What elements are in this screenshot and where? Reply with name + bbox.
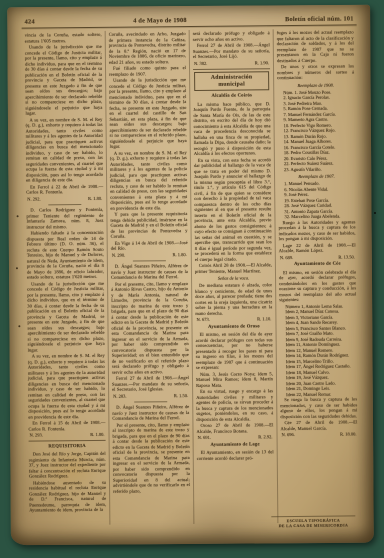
ref-line: N. 290.R. 1.80. bbox=[112, 252, 187, 258]
paragraph: En Ferrol á 22 de Abril de 1908.—Carlos … bbox=[26, 183, 103, 195]
paragraph: Ruego á las Autoridades y agentes proced… bbox=[278, 219, 355, 242]
imprint-line: DE LA CASA DE MISERICORDIA bbox=[271, 523, 355, 529]
paragraph: Ferrol 27 de Abril de 1908.—Ángel Suanze… bbox=[193, 42, 270, 59]
paragraph-continuation: Coruña, avecindado en Arbo, Juzgado de p… bbox=[109, 31, 186, 65]
paragraph: Por el presente, cito, llamo y emplazo á… bbox=[111, 281, 189, 375]
page-content: 424 4 de Mayo de 1908 Boletín oficial nú… bbox=[22, 13, 362, 534]
paragraph-continuation: será declarado prófugo y obligado á serv… bbox=[193, 30, 270, 42]
paragraph: El mismo, en sesión celebrada el día de … bbox=[279, 269, 356, 303]
column-1: vincia de la Coruña, estado soltero, est… bbox=[22, 31, 110, 526]
paragraph: En su vista, con esta fecha se acordó da… bbox=[194, 157, 272, 262]
paragraph: La misma hace público, que D. Joaquín Pa… bbox=[193, 101, 271, 157]
paragraph: En Vigo á 14 de Abril de 1908.—José del … bbox=[111, 240, 188, 252]
notice-number: N. 292. bbox=[27, 196, 40, 202]
notice-number: N. 293. bbox=[30, 432, 43, 438]
paragraph: Usando de la jurisdicción que me concede… bbox=[27, 280, 105, 352]
paragraph: A su vez, en nombre de S. M. el Rey (q. … bbox=[28, 353, 106, 420]
ref-line: N. 696.R. 18.00. bbox=[282, 431, 357, 437]
paragraph: Don José del Río y Jorge, Capitán del re… bbox=[29, 451, 106, 479]
subheading-italic: Reemplazo de 1907. bbox=[278, 173, 355, 180]
column-2: Coruña, avecindado en Arbo, Juzgado de p… bbox=[105, 30, 194, 525]
heading: Ayuntamiento de Lage bbox=[197, 442, 274, 449]
paragraph: En su virtud, ruego y encargo á las Auto… bbox=[196, 388, 273, 422]
notice-number: N. 696. bbox=[282, 432, 295, 438]
subheading-italic: Señas de la vaca. bbox=[195, 275, 272, 282]
notice-number: N. 691. bbox=[198, 435, 211, 441]
page-number: 424 bbox=[25, 18, 35, 25]
notice-fee: R. 1.80. bbox=[88, 195, 102, 201]
paragraph: D. Ángel Suanzes Piñeiro, Alférez de nav… bbox=[112, 404, 189, 421]
column-4: fugos á los mozos del actual reemplazo q… bbox=[273, 28, 362, 523]
newspaper-page: 424 4 de Mayo de 1908 Boletín oficial nú… bbox=[7, 5, 374, 546]
subheading-italic: Reemplazo de 1908. bbox=[277, 82, 354, 89]
list-line: Idem 17, Ángel Rodríguez Castaño. bbox=[280, 363, 357, 369]
paragraph: Lage 22 de Abril de 1908.—El Alcalde, Ra… bbox=[279, 242, 356, 254]
notice-fee: R. 1.90. bbox=[255, 60, 269, 66]
heading: Ayuntamiento de Cée bbox=[279, 261, 356, 268]
dust-speck bbox=[374, 212, 376, 214]
section-divider bbox=[193, 68, 270, 70]
ink-fleck bbox=[18, 325, 20, 327]
paragraph: A su vez, en nombre de S. M. el Rey (q. … bbox=[25, 116, 103, 183]
notice-number: N. 290. bbox=[112, 252, 125, 258]
notice-divider bbox=[49, 204, 81, 205]
ref-line: N. 689.R. 13.50. bbox=[280, 254, 355, 260]
heading: REQUISITORIA bbox=[29, 443, 106, 450]
ref-line: N. 382.R. 1.90. bbox=[194, 60, 269, 66]
paragraph: El mismo, en sesión del día de ayer acor… bbox=[196, 331, 273, 370]
paragraph: De unos y otros se expresan los nombres … bbox=[277, 63, 354, 80]
ref-line: N. 293.R. 1.80. bbox=[30, 432, 105, 438]
notice-divider bbox=[133, 260, 165, 261]
notice-fee: R. 13.50. bbox=[338, 254, 355, 260]
paragraph: Usando de la jurisdicción que me concede… bbox=[109, 77, 187, 149]
notice-divider bbox=[135, 401, 167, 402]
ink-fleck bbox=[16, 267, 18, 269]
ref-line: N. 283.R. 1.50. bbox=[113, 393, 188, 399]
text-columns: vincia de la Coruña, estado soltero, est… bbox=[22, 28, 362, 525]
paragraph: Coirós Abril 28 de 1908.—El Alcalde, pri… bbox=[195, 262, 272, 274]
ref-line: N. 691.R. 2.92. bbox=[198, 434, 273, 440]
section-divider bbox=[29, 440, 106, 442]
paragraph: Por el presente, cito, llamo y emplazo a… bbox=[112, 422, 190, 494]
heading: Alcaldía de Coirós bbox=[193, 93, 270, 100]
paragraph: Ferrol 27 de Abril de 1908.—Ángel Suanze… bbox=[112, 375, 189, 392]
notice-number: N. 283. bbox=[113, 393, 126, 399]
paragraph: Habiendo faltado á la concentración disp… bbox=[27, 230, 104, 280]
list-line: Idem 14, Ramón Durán Rodríguez. bbox=[280, 352, 357, 358]
paragraph: D. Carlos Rodríguez y Fontenla, primer T… bbox=[26, 207, 103, 230]
paragraph: Fué filiado como quinto para el reemplaz… bbox=[109, 65, 186, 77]
column-3: será declarado prófugo y obligado á serv… bbox=[189, 29, 278, 524]
section-heading: Administración municipal bbox=[194, 71, 269, 91]
notice-fee: R. 18.00. bbox=[340, 431, 357, 437]
paragraph: En Ferrol á 15 de Abril de 1908.—Carlos … bbox=[28, 420, 105, 432]
paragraph-continuation: vincia de la Coruña, estado soltero, est… bbox=[25, 32, 102, 44]
paragraph: A su vez, en nombre de S. M. el Rey (q. … bbox=[110, 150, 188, 211]
issue-number: Boletín oficial núm. 101 bbox=[285, 15, 354, 23]
notice-fee: R. 2.92. bbox=[258, 434, 272, 440]
paragraph: Usando de la jurisdicción que me concede… bbox=[25, 44, 103, 116]
paragraph: D. Ángel Suanzes Piñeiro, Alférez de nav… bbox=[111, 263, 188, 280]
paragraph: Y para que la presente requisitoria teng… bbox=[110, 211, 187, 239]
heading: Ayuntamiento de Oroso bbox=[195, 324, 272, 331]
paragraph: Oroso 27 de Abril de 1908.—El Alcalde, F… bbox=[196, 422, 273, 434]
notice-fee: R. 1.10. bbox=[257, 316, 271, 322]
paragraph-continuation: fugos á los mozos del actual reemplazo q… bbox=[277, 29, 354, 63]
notice-fee: R. 1.50. bbox=[174, 393, 188, 399]
ink-fleck bbox=[17, 215, 19, 217]
printer-imprint: ESCUELA TIPOGRÁFICA DE LA CASA DE MISERI… bbox=[271, 515, 355, 529]
notice-number: N. 689. bbox=[280, 255, 293, 261]
paragraph: Núm. 3, Jesús Corzo Noya; ídem 5, Manuel… bbox=[196, 371, 273, 388]
issue-date: 4 de Mayo de 1908 bbox=[133, 17, 186, 25]
notice-fee: R. 1.80. bbox=[90, 432, 104, 438]
notice-number: N. 382. bbox=[194, 60, 207, 66]
ref-line: N. 292.R. 1.80. bbox=[27, 195, 102, 201]
list-line: 23. Agustín Vilariño. bbox=[278, 166, 355, 172]
notice-fee: R. 1.80. bbox=[173, 252, 187, 258]
paragraph: El Ayuntamiento, en sesión de 13 del cor… bbox=[197, 449, 274, 461]
paragraph: Habiéndose ausentado de su residencia ha… bbox=[29, 479, 106, 513]
notice-number: N. 673. bbox=[196, 317, 209, 323]
scan-background: 424 4 de Mayo de 1908 Boletín oficial nú… bbox=[0, 0, 384, 558]
ref-line: N. 673.R. 1.10. bbox=[196, 316, 271, 322]
paragraph: Cée 27 de Abril de 1908.—El Alcalde, Man… bbox=[280, 419, 357, 431]
paragraph: De mediana estatura ó alzada, color blan… bbox=[195, 282, 272, 316]
paragraph: Se ruega la busca y captura de los menci… bbox=[280, 396, 357, 419]
